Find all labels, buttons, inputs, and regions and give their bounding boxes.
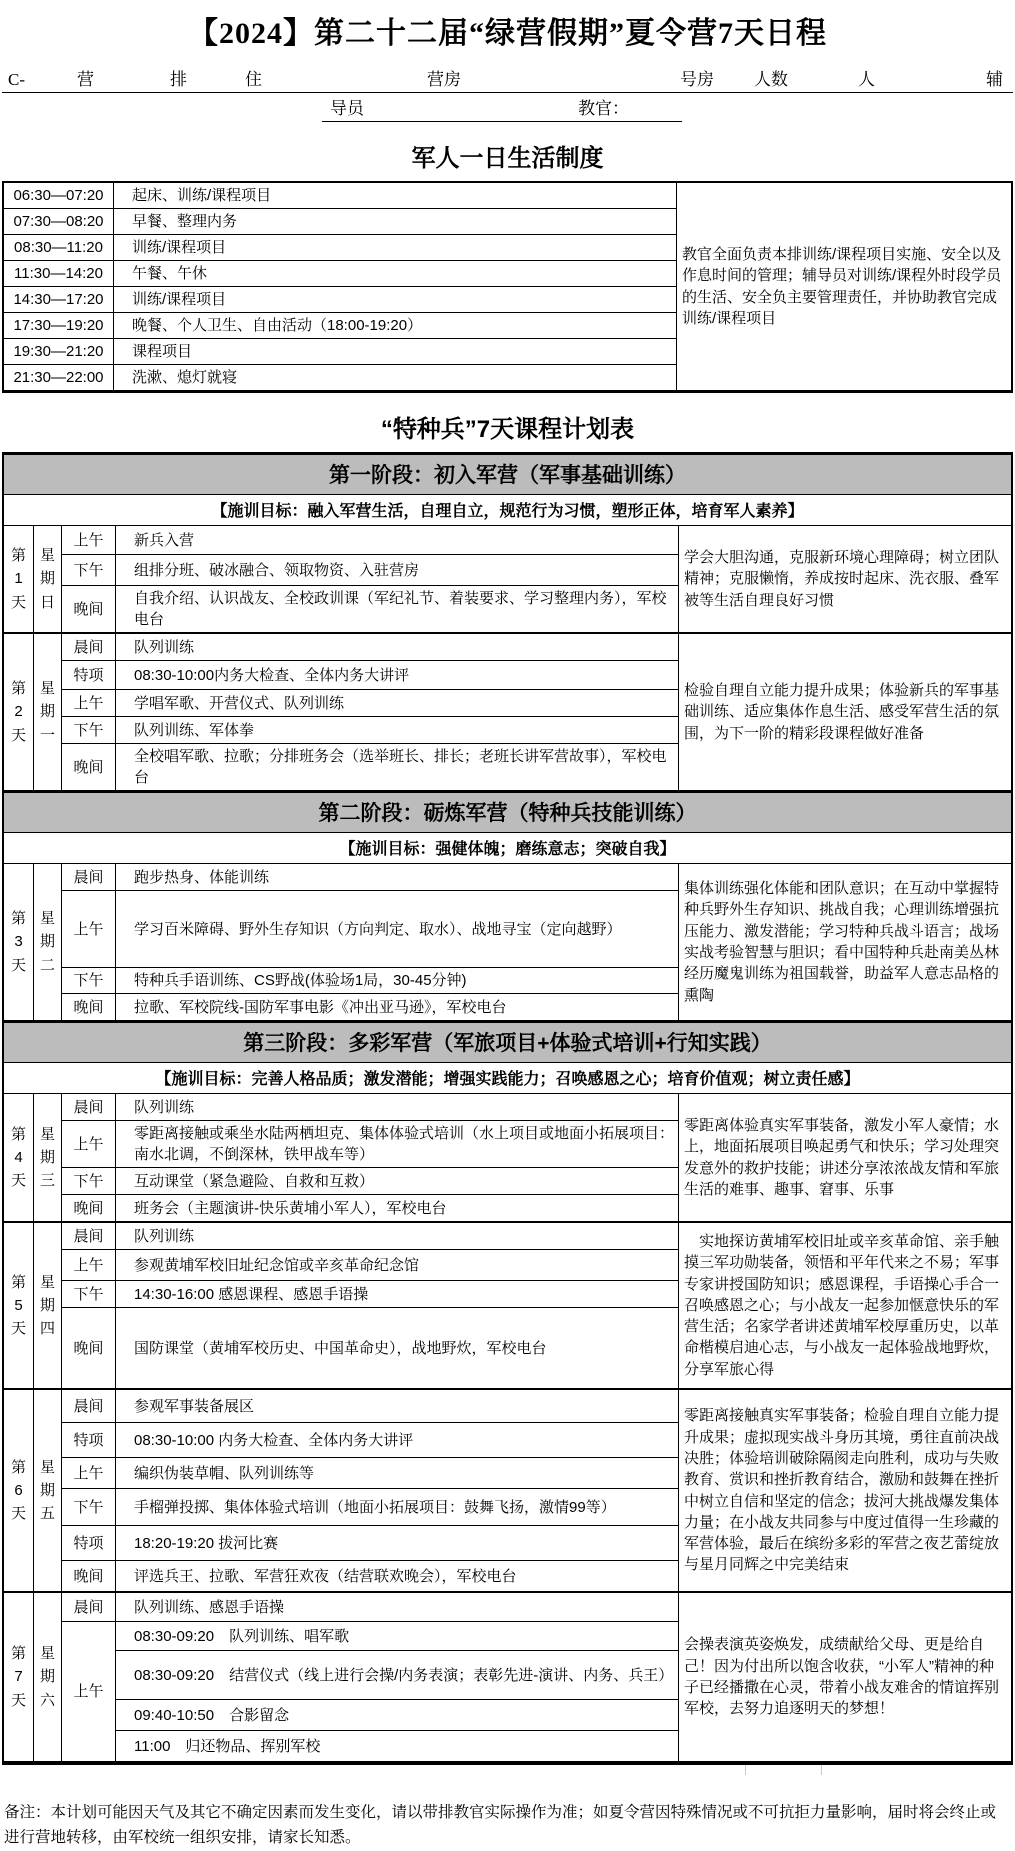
day-row-group: 第5天星期四晨间队列训练上午参观黄埔军校旧址纪念馆或辛亥革命纪念馆下午14:30… bbox=[4, 1222, 1011, 1389]
activity-cell: 18:20-19:20 拔河比赛 bbox=[116, 1526, 679, 1561]
slot-cell: 上午 bbox=[62, 1458, 116, 1489]
slot-cell: 下午 bbox=[62, 1168, 116, 1195]
day-note-cell: 会操表演英姿焕发，成绩献给父母、更是给自己！因为付出所以饱含收获，“小军人”精神… bbox=[679, 1593, 1011, 1762]
slot-cell: 上午 bbox=[62, 1121, 116, 1168]
weekday-label-text: 星期五 bbox=[40, 1456, 55, 1526]
activity-cell: 08:30-09:20 队列训练、唱军歌 bbox=[116, 1622, 679, 1651]
document-page: 【2024】第二十二届“绿营假期”夏令营7天日程 C- 营 排 住 营房 号房 … bbox=[0, 0, 1015, 1851]
day-row-group: 第4天星期三晨间队列训练上午零距离接触或乘坐水陆两栖坦克、集体体验式培训（水上项… bbox=[4, 1094, 1011, 1222]
daily-activity-cell: 早餐、整理内务 bbox=[114, 209, 677, 235]
daily-time-cell: 19:30—21:20 bbox=[4, 339, 114, 365]
activity-cell: 学习百米障碍、野外生存知识（方向判定、取水）、战地寻宝（定向越野） bbox=[116, 891, 679, 968]
daily-activity-cell: 训练/课程项目 bbox=[114, 235, 677, 261]
slot-cell: 上午 bbox=[62, 1250, 116, 1281]
day-row-group: 第2天星期一晨间队列训练特项08:30-10:00内务大检查、全体内务大讲评上午… bbox=[4, 633, 1011, 791]
activity-cell: 08:30-10:00 内务大检查、全体内务大讲评 bbox=[116, 1423, 679, 1458]
slot-cell: 晚间 bbox=[62, 744, 116, 791]
day-label-text: 第4天 bbox=[11, 1123, 26, 1193]
day-label-text: 第5天 bbox=[11, 1271, 26, 1341]
slot-cell: 上午 bbox=[62, 1622, 116, 1762]
slot-cell: 下午 bbox=[62, 1489, 116, 1526]
slot-cell: 晨间 bbox=[62, 1593, 116, 1622]
gridline-remnants bbox=[2, 1765, 1013, 1779]
day-note-cell: 集体训练强化体能和团队意识；在互动中掌握特种兵野外生存知识、挑战自我；心理训练增… bbox=[679, 864, 1011, 1021]
weekday-label: 星期三 bbox=[34, 1094, 62, 1222]
day-label: 第2天 bbox=[4, 634, 34, 791]
weekday-label-text: 星期四 bbox=[40, 1271, 55, 1341]
slot-cell: 晨间 bbox=[62, 1223, 116, 1250]
weekday-label-text: 星期一 bbox=[40, 677, 55, 747]
form-field-label: 教官： bbox=[578, 94, 629, 119]
weekday-label-text: 星期六 bbox=[40, 1642, 55, 1712]
instructor-blank-line: 导员 教官： bbox=[322, 93, 682, 122]
form-field-label: 人数 bbox=[754, 65, 788, 90]
day-label: 第5天 bbox=[4, 1223, 34, 1389]
activity-cell: 队列训练、军体拳 bbox=[116, 717, 679, 744]
slot-cell: 下午 bbox=[62, 555, 116, 586]
phase-header: 第一阶段：初入军营（军事基础训练） bbox=[4, 455, 1011, 495]
day-note-cell: 实地探访黄埔军校旧址或辛亥革命馆、亲手触摸三军功勋装备，领悟和平年代来之不易；军… bbox=[679, 1223, 1011, 1389]
phase-header: 第三阶段：多彩军营（军旅项目+体验式培训+行知实践） bbox=[4, 1021, 1011, 1063]
activity-cell: 参观军事装备展区 bbox=[116, 1390, 679, 1423]
daily-activity-cell: 训练/课程项目 bbox=[114, 287, 677, 313]
weekday-label: 星期一 bbox=[34, 634, 62, 791]
day-note-cell: 学会大胆沟通，克服新环境心理障碍；树立团队精神；克服懒惰，养成按时起床、洗衣服、… bbox=[679, 526, 1011, 633]
activity-cell: 队列训练 bbox=[116, 1223, 679, 1250]
slot-cell: 下午 bbox=[62, 717, 116, 744]
form-field-label: 号房 bbox=[680, 65, 714, 90]
slot-cell: 晚间 bbox=[62, 994, 116, 1021]
daily-activity-cell: 洗漱、熄灯就寝 bbox=[114, 365, 677, 391]
course-plan-title: “特种兵”7天课程计划表 bbox=[0, 409, 1015, 444]
day-note-cell: 检验自理自立能力提升成果；体验新兵的军事基础训练、适应集体作息生活、感受军营生活… bbox=[679, 634, 1011, 791]
phase-header: 第二阶段：砺炼军营（特种兵技能训练） bbox=[4, 791, 1011, 833]
activity-cell: 班务会（主题演讲-快乐黄埔小军人），军校电台 bbox=[116, 1195, 679, 1222]
form-field-label: C- bbox=[8, 70, 25, 90]
slot-cell: 下午 bbox=[62, 1281, 116, 1308]
day-note-cell: 零距离体验真实军事装备，激发小军人豪情；水上，地面拓展项目唤起勇气和快乐；学习处… bbox=[679, 1094, 1011, 1222]
phase-goal: 【施训目标：强健体魄；磨练意志；突破自我】 bbox=[4, 833, 1011, 864]
day-row-group: 第7天星期六晨间队列训练、感恩手语操上午08:30-09:20 队列训练、唱军歌… bbox=[4, 1592, 1011, 1762]
day-row-group: 第1天星期日上午新兵入营下午组排分班、破冰融合、领取物资、入驻营房晚间自我介绍、… bbox=[4, 526, 1011, 633]
slot-cell: 晨间 bbox=[62, 1094, 116, 1121]
phase-goal: 【施训目标：完善人格品质；激发潜能；增强实践能力；召唤感恩之心；培育价值观；树立… bbox=[4, 1063, 1011, 1094]
daily-schedule-table: 教官全面负责本排训练/课程项目实施、安全以及作息时间的管理；辅导员对训练/课程外… bbox=[2, 181, 1013, 393]
day-note-cell: 零距离接触真实军事装备；检验自理自立能力提升成果；虚拟现实战斗身历其境，勇往直前… bbox=[679, 1390, 1011, 1592]
daily-time-cell: 17:30—19:20 bbox=[4, 313, 114, 339]
activity-cell: 国防课堂（黄埔军校历史、中国革命史），战地野炊，军校电台 bbox=[116, 1308, 679, 1389]
slot-cell: 特项 bbox=[62, 1423, 116, 1458]
activity-cell: 特种兵手语训练、CS野战(体验场1局，30-45分钟) bbox=[116, 968, 679, 994]
form-field-label: 辅 bbox=[986, 65, 1003, 90]
weekday-label: 星期日 bbox=[34, 526, 62, 633]
activity-cell: 零距离接触或乘坐水陆两栖坦克、集体体验式培训（水上项目或地面小拓展项目：南水北调… bbox=[116, 1121, 679, 1168]
activity-cell: 14:30-16:00 感恩课程、感恩手语操 bbox=[116, 1281, 679, 1308]
slot-cell: 特项 bbox=[62, 1526, 116, 1561]
slot-cell: 晚间 bbox=[62, 1561, 116, 1592]
slot-cell: 特项 bbox=[62, 661, 116, 690]
daily-time-cell: 21:30—22:00 bbox=[4, 365, 114, 391]
daily-time-cell: 14:30—17:20 bbox=[4, 287, 114, 313]
activity-cell: 08:30-10:00内务大检查、全体内务大讲评 bbox=[116, 661, 679, 690]
daily-time-cell: 07:30—08:20 bbox=[4, 209, 114, 235]
day-label: 第3天 bbox=[4, 864, 34, 1021]
form-field-label: 营 bbox=[77, 65, 94, 90]
day-label: 第1天 bbox=[4, 526, 34, 633]
day-label-text: 第3天 bbox=[11, 907, 26, 977]
form-field-label: 排 bbox=[170, 65, 187, 90]
slot-cell: 上午 bbox=[62, 526, 116, 555]
gridline-remnant bbox=[821, 1765, 822, 1775]
activity-cell: 11:00 归还物品、挥别军校 bbox=[116, 1731, 679, 1762]
slot-cell: 晨间 bbox=[62, 864, 116, 891]
page-title: 【2024】第二十二届“绿营假期”夏令营7天日程 bbox=[0, 0, 1015, 52]
day-label: 第4天 bbox=[4, 1094, 34, 1222]
slot-cell: 晚间 bbox=[62, 1195, 116, 1222]
form-field-label: 住 bbox=[245, 65, 262, 90]
weekday-label: 星期六 bbox=[34, 1593, 62, 1762]
daily-activity-cell: 课程项目 bbox=[114, 339, 677, 365]
activity-cell: 全校唱军歌、拉歌；分排班务会（选举班长、排长；老班长讲军营故事），军校电台 bbox=[116, 744, 679, 791]
day-label: 第6天 bbox=[4, 1390, 34, 1592]
day-row-group: 第3天星期二晨间跑步热身、体能训练上午学习百米障碍、野外生存知识（方向判定、取水… bbox=[4, 864, 1011, 1021]
day-label-text: 第7天 bbox=[11, 1642, 26, 1712]
activity-cell: 参观黄埔军校旧址纪念馆或辛亥革命纪念馆 bbox=[116, 1250, 679, 1281]
activity-cell: 09:40-10:50 合影留念 bbox=[116, 1700, 679, 1731]
activity-cell: 队列训练、感恩手语操 bbox=[116, 1593, 679, 1622]
form-field-label: 人 bbox=[858, 65, 875, 90]
activity-cell: 学唱军歌、开营仪式、队列训练 bbox=[116, 690, 679, 717]
activity-cell: 评选兵王、拉歌、军营狂欢夜（结营联欢晚会），军校电台 bbox=[116, 1561, 679, 1592]
activity-cell: 自我介绍、认识战友、全校政训课（军纪礼节、着装要求、学习整理内务），军校电台 bbox=[116, 586, 679, 633]
daily-schedule-note: 教官全面负责本排训练/课程项目实施、安全以及作息时间的管理；辅导员对训练/课程外… bbox=[677, 183, 1011, 391]
daily-time-cell: 11:30—14:20 bbox=[4, 261, 114, 287]
activity-cell: 组排分班、破冰融合、领取物资、入驻营房 bbox=[116, 555, 679, 586]
slot-cell: 下午 bbox=[62, 968, 116, 994]
slot-cell: 晨间 bbox=[62, 634, 116, 661]
form-field-label: 导员 bbox=[330, 94, 364, 119]
camp-info-blank-line: C- 营 排 住 营房 号房 人数 人 辅 bbox=[2, 64, 1013, 93]
day-label-text: 第6天 bbox=[11, 1456, 26, 1526]
daily-activity-cell: 午餐、午休 bbox=[114, 261, 677, 287]
daily-time-cell: 08:30—11:20 bbox=[4, 235, 114, 261]
weekday-label-text: 星期日 bbox=[40, 544, 55, 614]
activity-cell: 拉歌、军校院线-国防军事电影《冲出亚马逊》，军校电台 bbox=[116, 994, 679, 1021]
activity-cell: 手榴弹投掷、集体体验式培训（地面小拓展项目：鼓舞飞扬，激情99等） bbox=[116, 1489, 679, 1526]
day-label-text: 第1天 bbox=[11, 544, 26, 614]
phase-goal: 【施训目标：融入军营生活，自理自立，规范行为习惯，塑形正体，培育军人素养】 bbox=[4, 495, 1011, 526]
activity-cell: 编织伪装草帽、队列训练等 bbox=[116, 1458, 679, 1489]
weekday-label: 星期五 bbox=[34, 1390, 62, 1592]
slot-cell: 晚间 bbox=[62, 1308, 116, 1389]
activity-cell: 队列训练 bbox=[116, 1094, 679, 1121]
daily-activity-cell: 晚餐、个人卫生、自由活动（18:00-19:20） bbox=[114, 313, 677, 339]
weekday-label: 星期四 bbox=[34, 1223, 62, 1389]
weekday-label: 星期二 bbox=[34, 864, 62, 1021]
day-label: 第7天 bbox=[4, 1593, 34, 1762]
activity-cell: 跑步热身、体能训练 bbox=[116, 864, 679, 891]
activity-cell: 互动课堂（紧急避险、自救和互救） bbox=[116, 1168, 679, 1195]
slot-cell: 上午 bbox=[62, 891, 116, 968]
footer-note: 备注：本计划可能因天气及其它不确定因素而发生变化，请以带排教官实际操作为准；如夏… bbox=[4, 1801, 1011, 1851]
daily-activity-cell: 起床、训练/课程项目 bbox=[114, 183, 677, 209]
slot-cell: 上午 bbox=[62, 690, 116, 717]
daily-schedule-title: 军人一日生活制度 bbox=[0, 138, 1015, 173]
daily-time-cell: 06:30—07:20 bbox=[4, 183, 114, 209]
slot-cell: 晨间 bbox=[62, 1390, 116, 1423]
activity-cell: 新兵入营 bbox=[116, 526, 679, 555]
slot-cell: 晚间 bbox=[62, 586, 116, 633]
activity-cell: 队列训练 bbox=[116, 634, 679, 661]
day-row-group: 第6天星期五晨间参观军事装备展区特项08:30-10:00 内务大检查、全体内务… bbox=[4, 1389, 1011, 1592]
activity-cell: 08:30-09:20 结营仪式（线上进行会操/内务表演；表彰先进-演讲、内务、… bbox=[116, 1651, 679, 1700]
gridline-remnant bbox=[745, 1765, 746, 1775]
form-field-label: 营房 bbox=[427, 65, 461, 90]
weekday-label-text: 星期二 bbox=[40, 907, 55, 977]
course-plan-table: 第一阶段：初入军营（军事基础训练）【施训目标：融入军营生活，自理自立，规范行为习… bbox=[2, 452, 1013, 1765]
day-label-text: 第2天 bbox=[11, 677, 26, 747]
weekday-label-text: 星期三 bbox=[40, 1123, 55, 1193]
